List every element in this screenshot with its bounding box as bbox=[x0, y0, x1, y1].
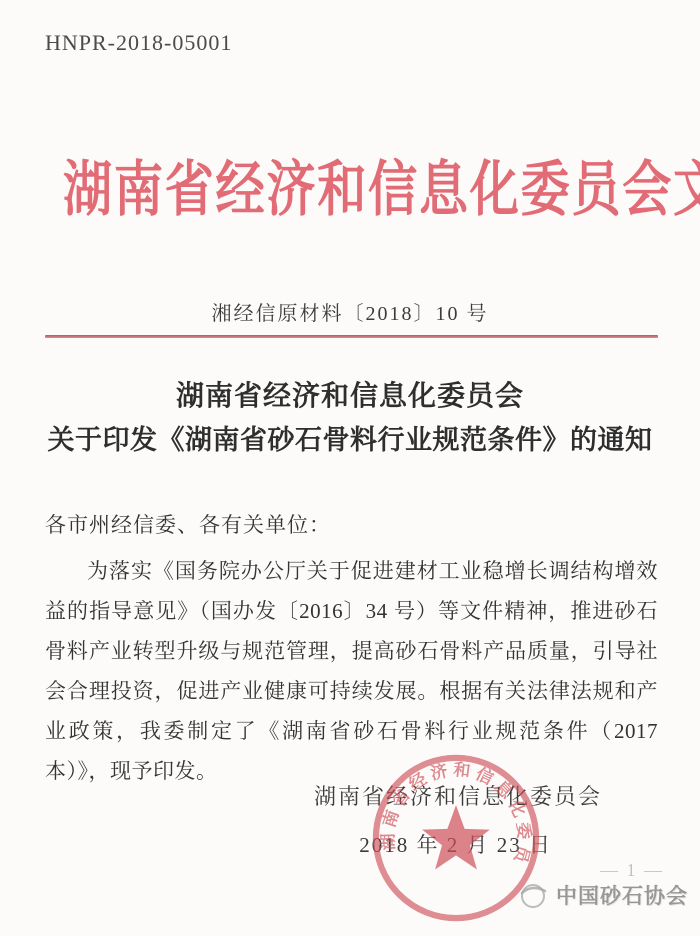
association-watermark: 中国砂石协会 bbox=[518, 880, 688, 910]
doc-title: 湖南省经济和信息化委员会 关于印发《湖南省砂石骨料行业规范条件》的通知 bbox=[0, 376, 700, 462]
document-page: HNPR-2018-05001 湖南省经济和信息化委员会文件 湘经信原材料〔20… bbox=[0, 0, 700, 936]
body-paragraph: 为落实《国务院办公厅关于促进建材工业稳增长调结构增效益的指导意见》（国办发〔20… bbox=[45, 551, 658, 791]
doc-title-line1: 湖南省经济和信息化委员会 bbox=[0, 376, 700, 418]
watermark-text: 中国砂石协会 bbox=[556, 880, 688, 910]
doc-code: HNPR-2018-05001 bbox=[45, 30, 232, 56]
association-logo-icon bbox=[518, 880, 548, 910]
doc-title-line2: 关于印发《湖南省砂石骨料行业规范条件》的通知 bbox=[0, 418, 700, 462]
signature-block: 湖南省经济和信息化委员会 2018 年 2 月 23 日 bbox=[0, 782, 700, 860]
signature-date: 2018 年 2 月 23 日 bbox=[0, 830, 700, 860]
letterhead-title: 湖南省经济和信息化委员会文件 bbox=[63, 142, 637, 228]
salutation: 各市州经信委、各有关单位： bbox=[45, 505, 658, 545]
signature-org: 湖南省经济和信息化委员会 bbox=[0, 782, 700, 812]
red-divider-line bbox=[45, 335, 658, 338]
issue-number: 湘经信原材料〔2018〕10 号 bbox=[0, 297, 700, 326]
page-number: — 1 — bbox=[600, 860, 664, 881]
body-block: 各市州经信委、各有关单位： 为落实《国务院办公厅关于促进建材工业稳增长调结构增效… bbox=[45, 505, 658, 791]
